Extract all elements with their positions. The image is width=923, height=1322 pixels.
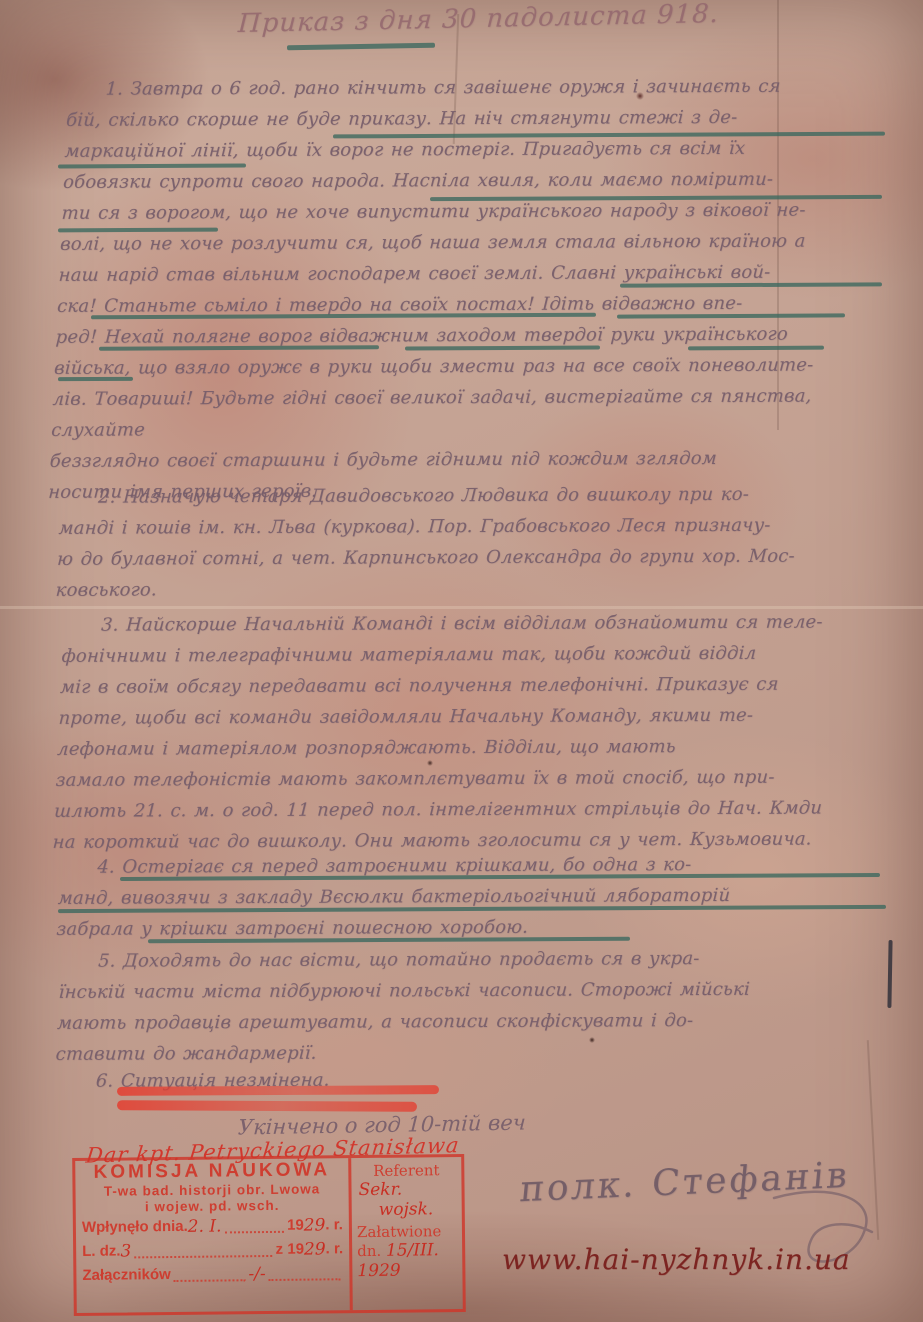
stamp-received-row: Wpłynęło dnia. 2. I. 1929. r. (82, 1213, 343, 1240)
stamp-referent-signature-line1: Sekr. (356, 1179, 456, 1200)
stamp-received-year: 29 (304, 1213, 326, 1237)
stamp-year-suffix: . r. (325, 1213, 343, 1237)
red-crayon-underline (117, 1085, 439, 1096)
paragraph-3: 3. Найскорше Начальній Команді і всім ві… (52, 606, 904, 858)
stamp-done-date-row: dn. 15/III. 1929 (357, 1240, 457, 1281)
red-crayon-underline (117, 1100, 417, 1112)
stamp-received-label: Wpłynęło dnia. (82, 1215, 188, 1240)
stamp-received-day: 2. I. (188, 1214, 222, 1238)
document-title: Приказ з дня 30 падолиста 918. (237, 0, 719, 39)
teal-underline (287, 43, 435, 51)
teal-underline (688, 346, 824, 351)
stamp-ldz-year-prefix: z 19 (276, 1238, 305, 1262)
stamp-ldz-year: 29 (304, 1237, 326, 1261)
paragraph-5: 5. Доходять до нас вісти, що потайно про… (55, 942, 901, 1070)
stamp-year-prefix: 19 (287, 1214, 304, 1238)
stamp-done-label: Załatwione (357, 1222, 457, 1241)
stamp-referent-label: Referent (356, 1161, 456, 1180)
stamp-referent-signature-line2: wojsk. (357, 1199, 457, 1220)
stamp-ldz-row: L. dz. 3 z 1929. r. (82, 1237, 343, 1264)
stamp-ldz-value: 3 (120, 1239, 131, 1263)
stamp-ldz-label: L. dz. (82, 1240, 121, 1264)
dotted-leader (134, 1255, 272, 1258)
dotted-leader (174, 1279, 246, 1282)
stamp-right-column: Referent Sekr. wojsk. Załatwione dn. 15/… (351, 1157, 463, 1310)
dotted-leader (225, 1231, 285, 1234)
stamp-org-title: KOMISJA NAUKOWA (81, 1159, 342, 1184)
scanned-document-page: Приказ з дня 30 падолиста 918. 1. Завтра… (0, 0, 923, 1322)
archive-stamp: KOMISJA NAUKOWA T-wa bad. historji obr. … (72, 1154, 466, 1316)
stamp-attachments-row: Załączników -/- (82, 1261, 343, 1288)
paragraph-4: 4. Остерігає ся перед затроєними крішкам… (56, 848, 901, 945)
stamp-attachments-label: Załączników (82, 1263, 171, 1288)
teal-underline (58, 377, 133, 381)
stamp-left-column: KOMISJA NAUKOWA T-wa bad. historji obr. … (75, 1158, 353, 1313)
stamp-attachments-value: -/- (248, 1262, 265, 1286)
stamp-year-suffix: . r. (326, 1237, 344, 1261)
watermark-url: www.hai-nyzhnyk.in.ua (502, 1243, 851, 1276)
paragraph-2: 2. Назначую четаря Давидовського Людвика… (55, 478, 901, 606)
teal-underline (58, 228, 218, 233)
stamp-done-dn: dn. (357, 1242, 381, 1260)
dotted-leader (269, 1278, 341, 1281)
